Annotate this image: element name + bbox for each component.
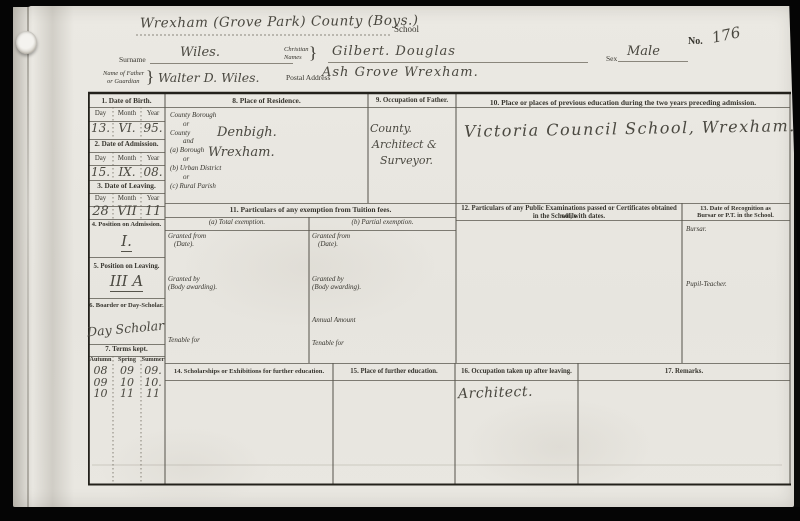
christian-names-brace: } — [309, 43, 317, 62]
tenable-for-label: Tenable for — [312, 340, 344, 348]
tenable-for-label: Tenable for — [168, 337, 200, 345]
school-name-handwritten: Wrexham (Grove Park) County (Boys.) — [140, 14, 419, 31]
exemption-partial-title: (b) Partial exemption. — [309, 219, 456, 227]
admission-year-value: 08. — [141, 166, 165, 179]
terms-cell: 11 — [141, 388, 165, 400]
occupation-after-leaving-title: 16. Occupation taken up after leaving. — [455, 368, 578, 376]
postal-address-value-handwritten: Ash Grove Wrexham. — [322, 66, 479, 80]
father-value-handwritten: Walter D. Wiles. — [158, 71, 260, 84]
pupil-teacher-label: Pupil-Teacher. — [686, 281, 727, 289]
terms-cell: 10 — [88, 388, 113, 400]
annual-amount-label: Annual Amount — [312, 317, 356, 325]
terms-cell: 08 — [88, 365, 113, 377]
bursar-label: Bursar. — [686, 226, 706, 234]
residence-label: (b) Urban District — [170, 165, 221, 173]
previous-education-title: 10. Place or places of previous educatio… — [456, 99, 790, 107]
christian-names-label-line1: Christian — [284, 46, 309, 53]
no-label: No. — [688, 36, 703, 47]
admission-month-value: IX. — [113, 166, 141, 179]
birth-year-value: 95. — [141, 122, 165, 135]
father-occupation-title: 9. Occupation of Father. — [368, 97, 456, 105]
father-label-brace: } — [146, 67, 154, 86]
sex-value-handwritten: Male — [627, 45, 660, 59]
surname-value-handwritten: Wiles. — [180, 46, 220, 60]
leaving-day-value: 28 — [88, 205, 113, 219]
col-header-day: Day — [88, 155, 113, 163]
residence-label: (a) Borough — [170, 147, 204, 155]
father-occupation-line: County. — [370, 123, 412, 135]
residence-label: or — [183, 156, 189, 164]
occupation-after-leaving-value: Architect. — [458, 385, 533, 402]
residence-title: 8. Place of Residence. — [165, 97, 368, 105]
examinations-title-line2: in the School, with dates. — [460, 213, 678, 221]
recognition-title-line2: Bursar or P.T. in the School. — [683, 212, 788, 219]
date-of-leaving-title: 3. Date of Leaving. — [88, 182, 165, 190]
position-on-leaving-value: III A — [88, 274, 165, 290]
col-header-month: Month — [113, 155, 141, 163]
father-label-line1: Name of Father — [103, 70, 144, 77]
residence-label: (c) Rural Parish — [170, 183, 216, 191]
col-header-month: Month — [113, 110, 141, 118]
position-on-leaving-title: 5. Position on Leaving. — [88, 263, 165, 271]
scanned-admission-record: Wrexham (Grove Park) County (Boys.) Scho… — [0, 0, 800, 521]
col-header-year: Year — [141, 110, 165, 118]
date-of-admission-title: 2. Date of Admission. — [88, 141, 165, 149]
col-header-year: Year — [141, 195, 165, 203]
father-label-line2: or Guardian — [107, 78, 139, 85]
further-education-place-title: 15. Place of further education. — [333, 368, 455, 376]
father-occupation-line: Surveyor. — [380, 155, 433, 167]
residence-label: or — [183, 121, 189, 129]
position-on-admission-value: I. — [88, 234, 165, 250]
col-header-day: Day — [88, 110, 113, 118]
exemption-title: 11. Particulars of any exemption from Tu… — [165, 206, 456, 214]
birth-month-value: VI. — [113, 122, 141, 135]
birth-day-value: 13. — [88, 122, 113, 135]
residence-label: and — [183, 138, 194, 146]
date-note-label: (Date). — [318, 241, 338, 249]
leaving-month-value: VII — [113, 205, 141, 219]
father-occupation-line: Architect & — [372, 139, 437, 151]
date-note-label: (Date). — [174, 241, 194, 249]
col-header-year: Year — [141, 155, 165, 163]
body-awarding-label: (Body awarding). — [168, 284, 217, 292]
residence-label: County Borough — [170, 112, 216, 120]
christian-names-value-handwritten: Gilbert. Douglas — [332, 45, 456, 59]
date-of-birth-title: 1. Date of Birth. — [88, 97, 165, 105]
remarks-title: 17. Remarks. — [578, 368, 790, 376]
school-label: School — [394, 24, 419, 34]
body-awarding-label: (Body awarding). — [312, 284, 361, 292]
residence-borough-value: Wrexham. — [208, 146, 275, 160]
scholarships-title: 14. Scholarships or Exhibitions for furt… — [165, 368, 333, 375]
terms-cell: 11 — [113, 388, 141, 400]
christian-names-label-line2: Names — [284, 54, 302, 61]
residence-label: or — [183, 174, 189, 182]
residence-county-value: Denbigh. — [217, 126, 277, 140]
terms-cell: 09. — [141, 365, 165, 377]
leaving-year-value: 11 — [141, 205, 165, 219]
admission-day-value: 15. — [88, 166, 113, 179]
col-header-day: Day — [88, 195, 113, 203]
col-header-month: Month — [113, 195, 141, 203]
exemption-total-title: (a) Total exemption. — [165, 219, 309, 227]
terms-kept-title: 7. Terms kept. — [88, 346, 165, 354]
sex-label: Sex — [606, 55, 617, 63]
boarder-or-day-scholar-title: 6. Boarder or Day-Scholar. — [88, 302, 165, 309]
position-on-admission-title: 4. Position on Admission. — [88, 221, 165, 228]
terms-header-spring: Spring — [113, 357, 141, 364]
terms-header-summer: Summer — [141, 357, 165, 364]
terms-cell: 09 — [113, 365, 141, 377]
surname-label: Surname — [119, 56, 146, 64]
terms-header-autumn: Autumn — [88, 357, 113, 364]
